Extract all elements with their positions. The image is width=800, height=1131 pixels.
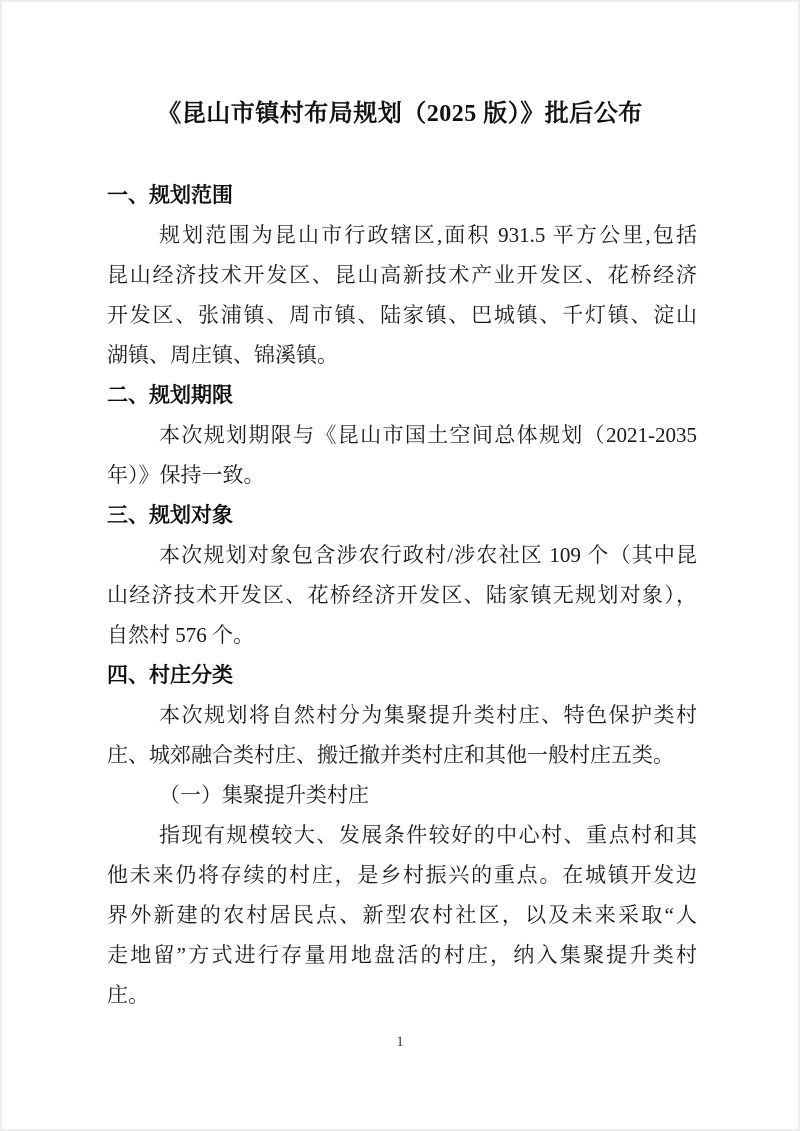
text-line: 指现有规模较大、发展条件较好的中心村、重点村和其 <box>107 815 697 855</box>
document-title: 《昆山市镇村布局规划（2025 版）》批后公布 <box>2 97 798 131</box>
text-line: 本次规划对象包含涉农行政村/涉农社区 109 个（其中昆 <box>107 535 697 575</box>
page-number: 1 <box>2 1034 798 1051</box>
text-line: 年）》保持一致。 <box>107 455 697 495</box>
text-line: 本次规划期限与《昆山市国土空间总体规划（2021-2035 <box>107 415 697 455</box>
text-line: 他未来仍将存续的村庄，是乡村振兴的重点。在城镇开发边 <box>107 855 697 895</box>
text-line: 规划范围为昆山市行政辖区,面积 931.5 平方公里,包括 <box>107 215 697 255</box>
section-heading-2: 二、规划期限 <box>107 375 697 415</box>
text-line: 庄、城郊融合类村庄、搬迁撤并类村庄和其他一般村庄五类。 <box>107 735 697 775</box>
section-heading-3: 三、规划对象 <box>107 495 697 535</box>
text-line: 自然村 576 个。 <box>107 615 697 655</box>
subsection-heading-1: （一）集聚提升类村庄 <box>107 775 697 815</box>
text-line: 本次规划将自然村分为集聚提升类村庄、特色保护类村 <box>107 695 697 735</box>
text-line: 山经济技术开发区、花桥经济开发区、陆家镇无规划对象）， <box>107 575 697 615</box>
text-line: 昆山经济技术开发区、昆山高新技术产业开发区、花桥经济 <box>107 255 697 295</box>
document-page: 《昆山市镇村布局规划（2025 版）》批后公布 一、规划范围 规划范围为昆山市行… <box>0 0 800 1131</box>
text-line: 开发区、张浦镇、周市镇、陆家镇、巴城镇、千灯镇、淀山 <box>107 295 697 335</box>
text-line: 界外新建的农村居民点、新型农村社区，以及未来采取“人 <box>107 895 697 935</box>
text-line: 走地留”方式进行存量用地盘活的村庄，纳入集聚提升类村 <box>107 935 697 975</box>
text-line: 庄。 <box>107 975 697 1015</box>
document-body: 一、规划范围 规划范围为昆山市行政辖区,面积 931.5 平方公里,包括 昆山经… <box>107 175 697 1015</box>
text-line: 湖镇、周庄镇、锦溪镇。 <box>107 335 697 375</box>
section-heading-1: 一、规划范围 <box>107 175 697 215</box>
section-heading-4: 四、村庄分类 <box>107 655 697 695</box>
